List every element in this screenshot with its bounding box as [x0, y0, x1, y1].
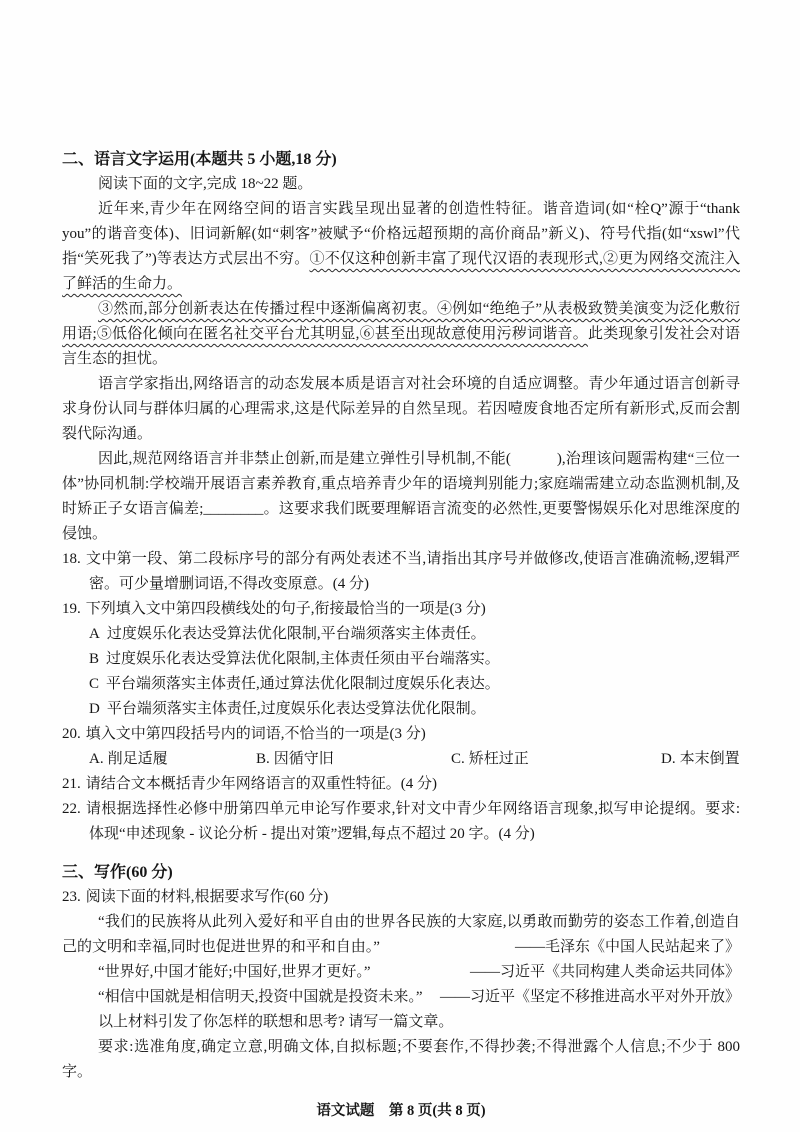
paragraph-4-bracket-blank: [511, 451, 557, 467]
option-d-text: 平台端须落实主体责任,过度娱乐化表达受算法优化限制。: [107, 701, 486, 717]
quote-1-source: ——毛泽东《中国人民站起来了》: [515, 935, 740, 960]
quote-3-source: ——习近平《坚定不移推进高水平对外开放》: [440, 985, 740, 1010]
question-20-option-c: C.矫枉过正: [451, 747, 661, 772]
material-quote-2: “世界好,中国才能好;中国好,世界才更好。” ——习近平《共同构建人类命运共同体…: [62, 960, 740, 985]
question-23-text: 阅读下面的材料,根据要求写作(60 分): [86, 889, 329, 905]
passage-paragraph-2: ③然而,部分创新表达在传播过程中逐渐偏离初衷。④例如“绝绝子”从表极致赞美演变为…: [62, 297, 740, 372]
question-23-number: 23.: [62, 889, 81, 905]
question-20-option-b: B.因循守旧: [256, 747, 451, 772]
passage-paragraph-4: 因此,规范网络语言并非禁止创新,而是建立弹性引导机制,不能( ),治理该问题需构…: [62, 447, 740, 547]
question-19: 19.下列填入文中第四段横线处的句子,衔接最恰当的一项是(3 分): [62, 597, 740, 622]
option-c-label: C: [89, 676, 99, 692]
question-21-text: 请结合文本概括青少年网络语言的双重性特征。(4 分): [86, 776, 437, 792]
option-a-label: A: [89, 626, 100, 642]
option-a-text: 过度娱乐化表达受算法优化限制,平台端须落实主体责任。: [107, 626, 486, 642]
quote-2-source: ——习近平《共同构建人类命运共同体》: [470, 960, 740, 985]
question-18: 18.文中第一段、第二段标序号的部分有两处表述不当,请指出其序号并做修改,使语言…: [62, 547, 740, 597]
option-a-label: A.: [89, 751, 104, 767]
question-18-number: 18.: [62, 551, 81, 567]
section-2-heading: 二、语言文字运用(本题共 5 小题,18 分): [62, 147, 740, 172]
question-20-option-a: A.削足适履: [89, 747, 256, 772]
option-b-text: 过度娱乐化表达受算法优化限制,主体责任须由平台端落实。: [106, 651, 500, 667]
option-c-label: C.: [451, 751, 465, 767]
section-3-heading: 三、写作(60 分): [62, 860, 740, 885]
material-quote-1: “我们的民族将从此列入爱好和平自由的世界各民族的大家庭,以勇敢而勤劳的姿态工作着…: [62, 910, 740, 960]
question-20-options-row: A.削足适履 B.因循守旧 C.矫枉过正 D.本末倒置: [62, 747, 740, 772]
question-19-text: 下列填入文中第四段横线处的句子,衔接最恰当的一项是(3 分): [86, 601, 486, 617]
option-b-label: B.: [256, 751, 270, 767]
question-20-text: 填入文中第四段括号内的词语,不恰当的一项是(3 分): [86, 726, 426, 742]
question-19-option-c: C平台端须落实主体责任,通过算法优化限制过度娱乐化表达。: [62, 672, 740, 697]
question-20: 20.填入文中第四段括号内的词语,不恰当的一项是(3 分): [62, 722, 740, 747]
option-c-text: 矫枉过正: [469, 751, 529, 767]
question-23: 23.阅读下面的材料,根据要求写作(60 分): [62, 885, 740, 910]
question-19-option-a: A过度娱乐化表达受算法优化限制,平台端须落实主体责任。: [62, 622, 740, 647]
question-19-option-b: B过度娱乐化表达受算法优化限制,主体责任须由平台端落实。: [62, 647, 740, 672]
essay-prompt: 以上材料引发了你怎样的联想和思考? 请写一篇文章。: [62, 1010, 740, 1035]
option-a-text: 削足适履: [108, 751, 168, 767]
paragraph-4-underscore-blank: ________: [203, 501, 263, 517]
question-19-number: 19.: [62, 601, 81, 617]
question-21-number: 21.: [62, 776, 81, 792]
section-language-use: 二、语言文字运用(本题共 5 小题,18 分) 阅读下面的文字,完成 18~22…: [62, 147, 740, 847]
question-18-text: 文中第一段、第二段标序号的部分有两处表述不当,请指出其序号并做修改,使语言准确流…: [86, 551, 740, 592]
passage-paragraph-1: 近年来,青少年在网络空间的语言实践呈现出显著的创造性特征。谐音造词(如“栓Q”源…: [62, 197, 740, 297]
material-quote-3: “相信中国就是相信明天,投资中国就是投资未来。” ——习近平《坚定不移推进高水平…: [62, 985, 740, 1010]
passage-paragraph-3: 语言学家指出,网络语言的动态发展本质是语言对社会环境的自适应调整。青少年通过语言…: [62, 372, 740, 447]
page-footer: 语文试题 第 8 页(共 8 页): [62, 1099, 740, 1124]
option-d-label: D.: [661, 751, 676, 767]
option-c-text: 平台端须落实主体责任,通过算法优化限制过度娱乐化表达。: [106, 676, 500, 692]
question-22-number: 22.: [62, 801, 81, 817]
option-d-label: D: [89, 701, 100, 717]
exam-paper-page: 二、语言文字运用(本题共 5 小题,18 分) 阅读下面的文字,完成 18~22…: [0, 0, 800, 1132]
paragraph-4-segment-1: 因此,规范网络语言并非禁止创新,而是建立弹性引导机制,不能(: [98, 451, 511, 467]
option-b-text: 因循守旧: [274, 751, 334, 767]
question-19-option-d: D平台端须落实主体责任,过度娱乐化表达受算法优化限制。: [62, 697, 740, 722]
question-22: 22.请根据选择性必修中册第四单元申论写作要求,针对文中青少年网络语言现象,拟写…: [62, 797, 740, 847]
question-20-number: 20.: [62, 726, 81, 742]
question-22-text: 请根据选择性必修中册第四单元申论写作要求,针对文中青少年网络语言现象,拟写申论提…: [86, 801, 740, 842]
question-20-option-d: D.本末倒置: [661, 747, 740, 772]
option-d-text: 本末倒置: [680, 751, 740, 767]
option-b-label: B: [89, 651, 99, 667]
essay-requirements: 要求:选准角度,确定立意,明确文体,自拟标题;不要套作,不得抄袭;不得泄露个人信…: [62, 1035, 740, 1085]
section-writing: 三、写作(60 分) 23.阅读下面的材料,根据要求写作(60 分) “我们的民…: [62, 860, 740, 1085]
reading-instruction: 阅读下面的文字,完成 18~22 题。: [62, 172, 740, 197]
question-21: 21.请结合文本概括青少年网络语言的双重性特征。(4 分): [62, 772, 740, 797]
